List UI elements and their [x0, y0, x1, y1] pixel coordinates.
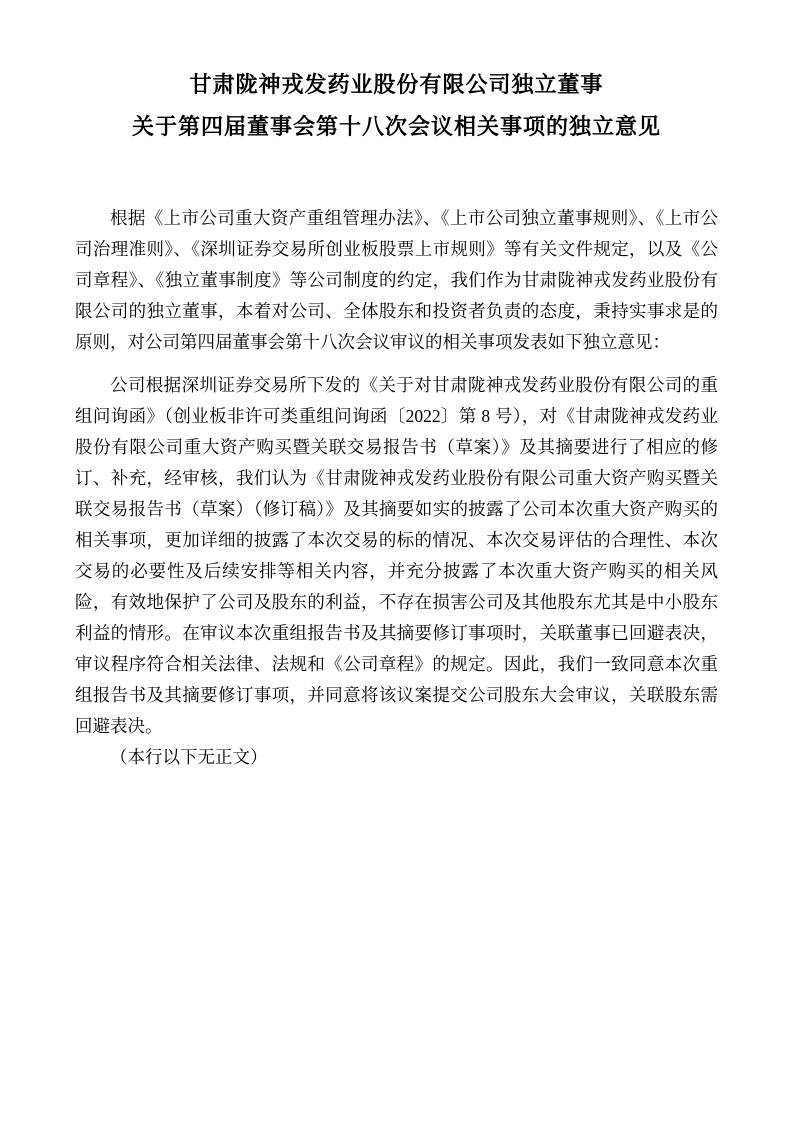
- title-line-1: 甘肃陇神戎发药业股份有限公司独立董事: [75, 64, 718, 106]
- document-body: 根据《上市公司重大资产重组管理办法》、《上市公司独立董事规则》、《上市公司治理准…: [75, 203, 718, 773]
- paragraph-no-text-below: （本行以下无正文）: [75, 742, 718, 773]
- paragraph-opinion: 公司根据深圳证券交易所下发的《关于对甘肃陇神戎发药业股份有限公司的重组问询函》（…: [75, 370, 718, 742]
- document-title: 甘肃陇神戎发药业股份有限公司独立董事 关于第四届董事会第十八次会议相关事项的独立…: [75, 64, 718, 148]
- title-line-2: 关于第四届董事会第十八次会议相关事项的独立意见: [75, 106, 718, 148]
- document-page: 甘肃陇神戎发药业股份有限公司独立董事 关于第四届董事会第十八次会议相关事项的独立…: [0, 0, 793, 1122]
- paragraph-basis: 根据《上市公司重大资产重组管理办法》、《上市公司独立董事规则》、《上市公司治理准…: [75, 203, 718, 358]
